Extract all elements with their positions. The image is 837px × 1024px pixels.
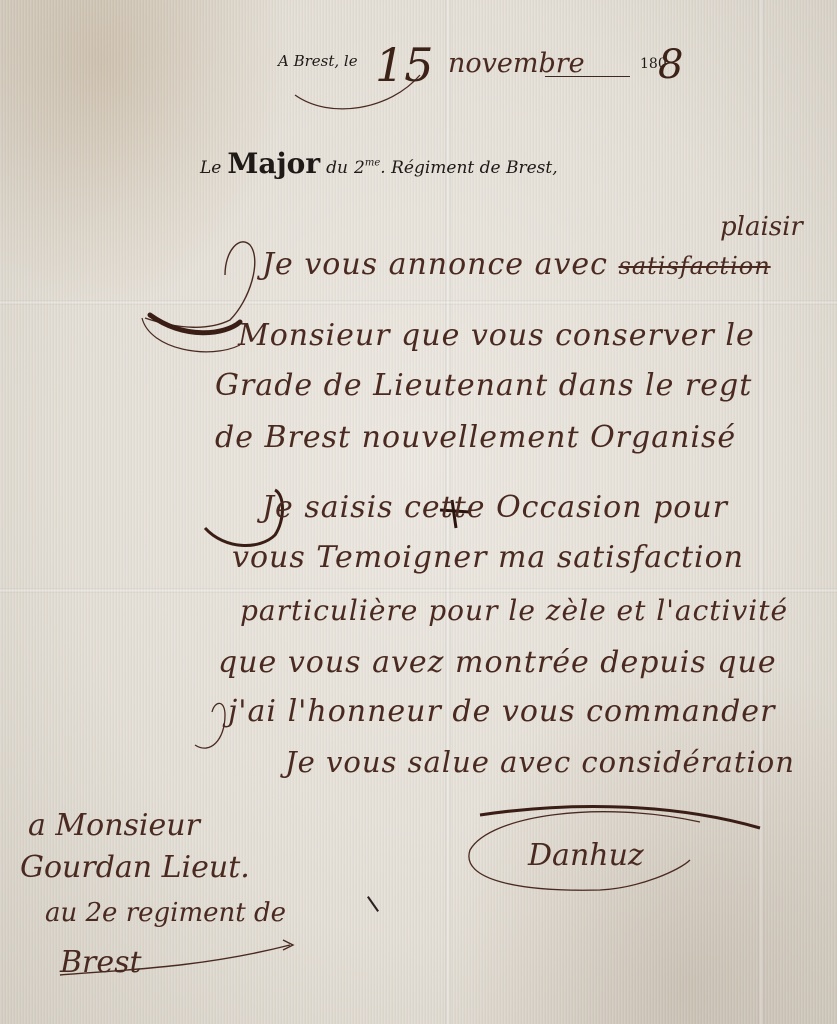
letter-page: A Brest, le 15 novembre 180 8 Le Major d… [0, 0, 837, 1024]
address-line-2: Gourdan Lieut. [20, 850, 250, 885]
title-ordinal: 2 [354, 158, 365, 178]
title-major: Major [227, 147, 320, 180]
body-line-7: particulière pour le zèle et l'activité [240, 594, 788, 627]
struck-word: satisfaction [619, 252, 771, 280]
body-line-8: que vous avez montrée depuis que [218, 645, 777, 680]
body-line-5: Je saisis cette Occasion pour [262, 490, 728, 525]
stray-pen-mark [367, 896, 379, 912]
body-line-9: j'ai l'honneur de vous commander [228, 694, 775, 729]
body-line-4: de Brest nouvellement Organisé [215, 420, 736, 455]
place-date-prefix: A Brest, le [278, 52, 358, 70]
body-line-10: Je vous salue avec considération [285, 745, 795, 779]
body-line-1-text: Je vous annonce avec [262, 247, 608, 282]
address-line-1: a Monsieur [28, 808, 200, 843]
date-underline [545, 76, 630, 77]
body-line-3: Grade de Lieutenant dans le regt [215, 368, 752, 403]
title-ordinal-sup: me [365, 158, 380, 169]
place-prefix: A Brest, le [278, 52, 358, 70]
title-le: Le [200, 158, 221, 178]
title-regiment: . Régiment de Brest, [380, 158, 557, 178]
horizontal-fold-crease [0, 300, 837, 305]
body-line-1: Je vous annonce avec satisfaction [262, 247, 771, 282]
body-line-6: vous Temoigner ma satisfaction [232, 540, 744, 575]
address-line-3: au 2e regiment de [45, 898, 286, 928]
horizontal-fold-crease-lower [0, 588, 837, 593]
letterhead-title: Le Major du 2me. Régiment de Brest, [200, 147, 558, 180]
date-day: 15 [375, 38, 434, 92]
inserted-word: plaisir [720, 212, 803, 242]
date-month: novembre [448, 48, 585, 79]
title-du: du [326, 158, 348, 178]
body-line-2: Monsieur que vous conserver le [238, 318, 755, 353]
year-suffix: 8 [658, 42, 683, 88]
vertical-fold-crease-right [758, 0, 764, 1024]
address-line-4: Brest [60, 945, 142, 980]
signature: Danhuz [528, 838, 644, 873]
